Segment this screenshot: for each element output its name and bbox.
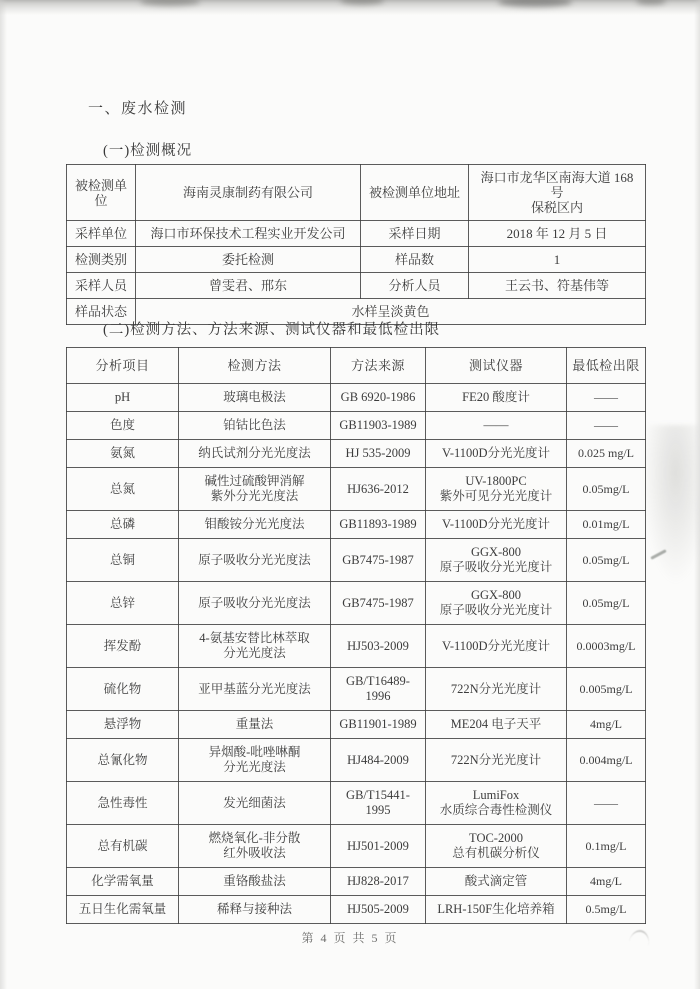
instrument-cell: —— <box>426 412 567 440</box>
subsection-title-testing-overview: (一)检测概况 <box>103 139 192 160</box>
testing-overview-table: 被检测单位海南灵康制药有限公司被检测单位地址海口市龙华区南海大道 168 号保税… <box>66 164 646 325</box>
analysis-item-cell: pH <box>67 384 179 412</box>
method-source-cell: GB/T16489-1996 <box>331 668 426 711</box>
method-cell: 重铬酸盐法 <box>179 868 331 896</box>
instrument-cell: UV-1800PC紫外可见分光光度计 <box>426 468 567 511</box>
scanned-page: 一、废水检测 (一)检测概况 被检测单位海南灵康制药有限公司被检测单位地址海口市… <box>0 0 700 989</box>
overview-cell: 王云书、符基伟等 <box>469 273 646 299</box>
section-title-wastewater-testing: 一、废水检测 <box>88 97 187 118</box>
detection-limit-cell: 0.05mg/L <box>567 582 646 625</box>
methods-row: 五日生化需氧量稀释与接种法HJ505-2009LRH-150F生化培养箱0.5m… <box>67 896 646 924</box>
analysis-item-cell: 总氮 <box>67 468 179 511</box>
method-source-cell: HJ 535-2009 <box>331 440 426 468</box>
method-cell: 碱性过硫酸钾消解紫外分光光度法 <box>179 468 331 511</box>
detection-limit-cell: —— <box>567 782 646 825</box>
analysis-item-cell: 硫化物 <box>67 668 179 711</box>
overview-row: 被检测单位海南灵康制药有限公司被检测单位地址海口市龙华区南海大道 168 号保税… <box>67 165 646 221</box>
methods-row: 悬浮物重量法GB11901-1989ME204 电子天平4mg/L <box>67 711 646 739</box>
overview-cell: 海南灵康制药有限公司 <box>136 165 361 221</box>
overview-cell: 被检测单位 <box>67 165 136 221</box>
analysis-item-cell: 总锌 <box>67 582 179 625</box>
overview-cell: 2018 年 12 月 5 日 <box>469 221 646 247</box>
method-source-cell: GB7475-1987 <box>331 539 426 582</box>
method-cell: 稀释与接种法 <box>179 896 331 924</box>
methods-column-header: 测试仪器 <box>426 348 567 384</box>
instrument-cell: FE20 酸度计 <box>426 384 567 412</box>
analysis-item-cell: 色度 <box>67 412 179 440</box>
methods-column-header: 分析项目 <box>67 348 179 384</box>
methods-row: 急性毒性发光细菌法GB/T15441-1995LumiFox水质综合毒性检测仪—… <box>67 782 646 825</box>
detection-limit-cell: 0.05mg/L <box>567 468 646 511</box>
detection-limit-cell: 0.0003mg/L <box>567 625 646 668</box>
instrument-cell: GGX-800原子吸收分光光度计 <box>426 582 567 625</box>
method-source-cell: HJ503-2009 <box>331 625 426 668</box>
method-cell: 异烟酸-吡唑啉酮分光光度法 <box>179 739 331 782</box>
methods-row: 总氮碱性过硫酸钾消解紫外分光光度法HJ636-2012UV-1800PC紫外可见… <box>67 468 646 511</box>
detection-limit-cell: —— <box>567 412 646 440</box>
instrument-cell: 酸式滴定管 <box>426 868 567 896</box>
methods-row: pH玻璃电极法GB 6920-1986FE20 酸度计—— <box>67 384 646 412</box>
method-cell: 钼酸铵分光光度法 <box>179 511 331 539</box>
detection-limit-cell: 0.1mg/L <box>567 825 646 868</box>
analysis-item-cell: 氨氮 <box>67 440 179 468</box>
method-cell: 纳氏试剂分光光度法 <box>179 440 331 468</box>
analysis-item-cell: 总铜 <box>67 539 179 582</box>
instrument-cell: LumiFox水质综合毒性检测仪 <box>426 782 567 825</box>
overview-row: 采样单位海口市环保技术工程实业开发公司采样日期2018 年 12 月 5 日 <box>67 221 646 247</box>
methods-column-header: 最低检出限 <box>567 348 646 384</box>
subsection-title-methods-instruments: (二)检测方法、方法来源、测试仪器和最低检出限 <box>103 318 440 339</box>
overview-cell: 海口市环保技术工程实业开发公司 <box>136 221 361 247</box>
method-source-cell: HJ828-2017 <box>331 868 426 896</box>
instrument-cell: ME204 电子天平 <box>426 711 567 739</box>
method-source-cell: GB11901-1989 <box>331 711 426 739</box>
method-cell: 铂钴比色法 <box>179 412 331 440</box>
instrument-cell: GGX-800原子吸收分光光度计 <box>426 539 567 582</box>
overview-cell: 分析人员 <box>361 273 469 299</box>
instrument-cell: 722N分光光度计 <box>426 668 567 711</box>
analysis-item-cell: 急性毒性 <box>67 782 179 825</box>
detection-limit-cell: —— <box>567 384 646 412</box>
method-cell: 亚甲基蓝分光光度法 <box>179 668 331 711</box>
instrument-cell: V-1100D分光光度计 <box>426 625 567 668</box>
detection-limit-cell: 0.5mg/L <box>567 896 646 924</box>
method-cell: 原子吸收分光光度法 <box>179 582 331 625</box>
methods-row: 总磷钼酸铵分光光度法GB11893-1989V-1100D分光光度计0.01mg… <box>67 511 646 539</box>
detection-limit-cell: 0.05mg/L <box>567 539 646 582</box>
methods-row: 总锌原子吸收分光光度法GB7475-1987GGX-800原子吸收分光光度计0.… <box>67 582 646 625</box>
overview-cell: 采样单位 <box>67 221 136 247</box>
method-cell: 4-氨基安替比林萃取分光光度法 <box>179 625 331 668</box>
method-source-cell: HJ505-2009 <box>331 896 426 924</box>
methods-row: 总氰化物异烟酸-吡唑啉酮分光光度法HJ484-2009722N分光光度计0.00… <box>67 739 646 782</box>
page-number: 第 4 页 共 5 页 <box>0 929 700 946</box>
method-source-cell: HJ636-2012 <box>331 468 426 511</box>
detection-limit-cell: 0.005mg/L <box>567 668 646 711</box>
overview-cell: 海口市龙华区南海大道 168 号保税区内 <box>469 165 646 221</box>
detection-limit-cell: 4mg/L <box>567 868 646 896</box>
methods-table-header-row: 分析项目检测方法方法来源测试仪器最低检出限 <box>67 348 646 384</box>
methods-row: 硫化物亚甲基蓝分光光度法GB/T16489-1996722N分光光度计0.005… <box>67 668 646 711</box>
method-cell: 重量法 <box>179 711 331 739</box>
overview-row: 采样人员曾雯君、邢东分析人员王云书、符基伟等 <box>67 273 646 299</box>
method-cell: 原子吸收分光光度法 <box>179 539 331 582</box>
overview-cell: 被检测单位地址 <box>361 165 469 221</box>
overview-cell: 检测类别 <box>67 247 136 273</box>
methods-detection-limits-table: 分析项目检测方法方法来源测试仪器最低检出限 pH玻璃电极法GB 6920-198… <box>66 347 646 924</box>
methods-row: 总铜原子吸收分光光度法GB7475-1987GGX-800原子吸收分光光度计0.… <box>67 539 646 582</box>
instrument-cell: LRH-150F生化培养箱 <box>426 896 567 924</box>
methods-row: 化学需氧量重铬酸盐法HJ828-2017酸式滴定管4mg/L <box>67 868 646 896</box>
overview-cell: 委托检测 <box>136 247 361 273</box>
analysis-item-cell: 总有机碳 <box>67 825 179 868</box>
analysis-item-cell: 悬浮物 <box>67 711 179 739</box>
instrument-cell: V-1100D分光光度计 <box>426 511 567 539</box>
method-source-cell: GB11903-1989 <box>331 412 426 440</box>
method-source-cell: GB11893-1989 <box>331 511 426 539</box>
instrument-cell: 722N分光光度计 <box>426 739 567 782</box>
scan-edge-left <box>0 0 7 989</box>
method-cell: 燃烧氧化-非分散红外吸收法 <box>179 825 331 868</box>
analysis-item-cell: 化学需氧量 <box>67 868 179 896</box>
testing-overview-table-body: 被检测单位海南灵康制药有限公司被检测单位地址海口市龙华区南海大道 168 号保税… <box>67 165 646 325</box>
detection-limit-cell: 4mg/L <box>567 711 646 739</box>
detection-limit-cell: 0.004mg/L <box>567 739 646 782</box>
overview-row: 检测类别委托检测样品数1 <box>67 247 646 273</box>
method-cell: 玻璃电极法 <box>179 384 331 412</box>
overview-cell: 样品数 <box>361 247 469 273</box>
overview-cell: 1 <box>469 247 646 273</box>
scan-stain <box>642 425 698 585</box>
method-source-cell: HJ501-2009 <box>331 825 426 868</box>
instrument-cell: V-1100D分光光度计 <box>426 440 567 468</box>
methods-row: 色度铂钴比色法GB11903-1989———— <box>67 412 646 440</box>
analysis-item-cell: 五日生化需氧量 <box>67 896 179 924</box>
detection-limit-cell: 0.025 mg/L <box>567 440 646 468</box>
method-source-cell: GB/T15441-1995 <box>331 782 426 825</box>
instrument-cell: TOC-2000总有机碳分析仪 <box>426 825 567 868</box>
detection-limit-cell: 0.01mg/L <box>567 511 646 539</box>
methods-column-header: 方法来源 <box>331 348 426 384</box>
overview-cell: 曾雯君、邢东 <box>136 273 361 299</box>
method-source-cell: HJ484-2009 <box>331 739 426 782</box>
analysis-item-cell: 总磷 <box>67 511 179 539</box>
overview-cell: 采样日期 <box>361 221 469 247</box>
overview-cell: 采样人员 <box>67 273 136 299</box>
methods-row: 挥发酚4-氨基安替比林萃取分光光度法HJ503-2009V-1100D分光光度计… <box>67 625 646 668</box>
methods-table-body: pH玻璃电极法GB 6920-1986FE20 酸度计——色度铂钴比色法GB11… <box>67 384 646 924</box>
methods-row: 氨氮纳氏试剂分光光度法HJ 535-2009V-1100D分光光度计0.025 … <box>67 440 646 468</box>
methods-column-header: 检测方法 <box>179 348 331 384</box>
method-source-cell: GB7475-1987 <box>331 582 426 625</box>
methods-row: 总有机碳燃烧氧化-非分散红外吸收法HJ501-2009TOC-2000总有机碳分… <box>67 825 646 868</box>
analysis-item-cell: 挥发酚 <box>67 625 179 668</box>
method-cell: 发光细菌法 <box>179 782 331 825</box>
analysis-item-cell: 总氰化物 <box>67 739 179 782</box>
method-source-cell: GB 6920-1986 <box>331 384 426 412</box>
